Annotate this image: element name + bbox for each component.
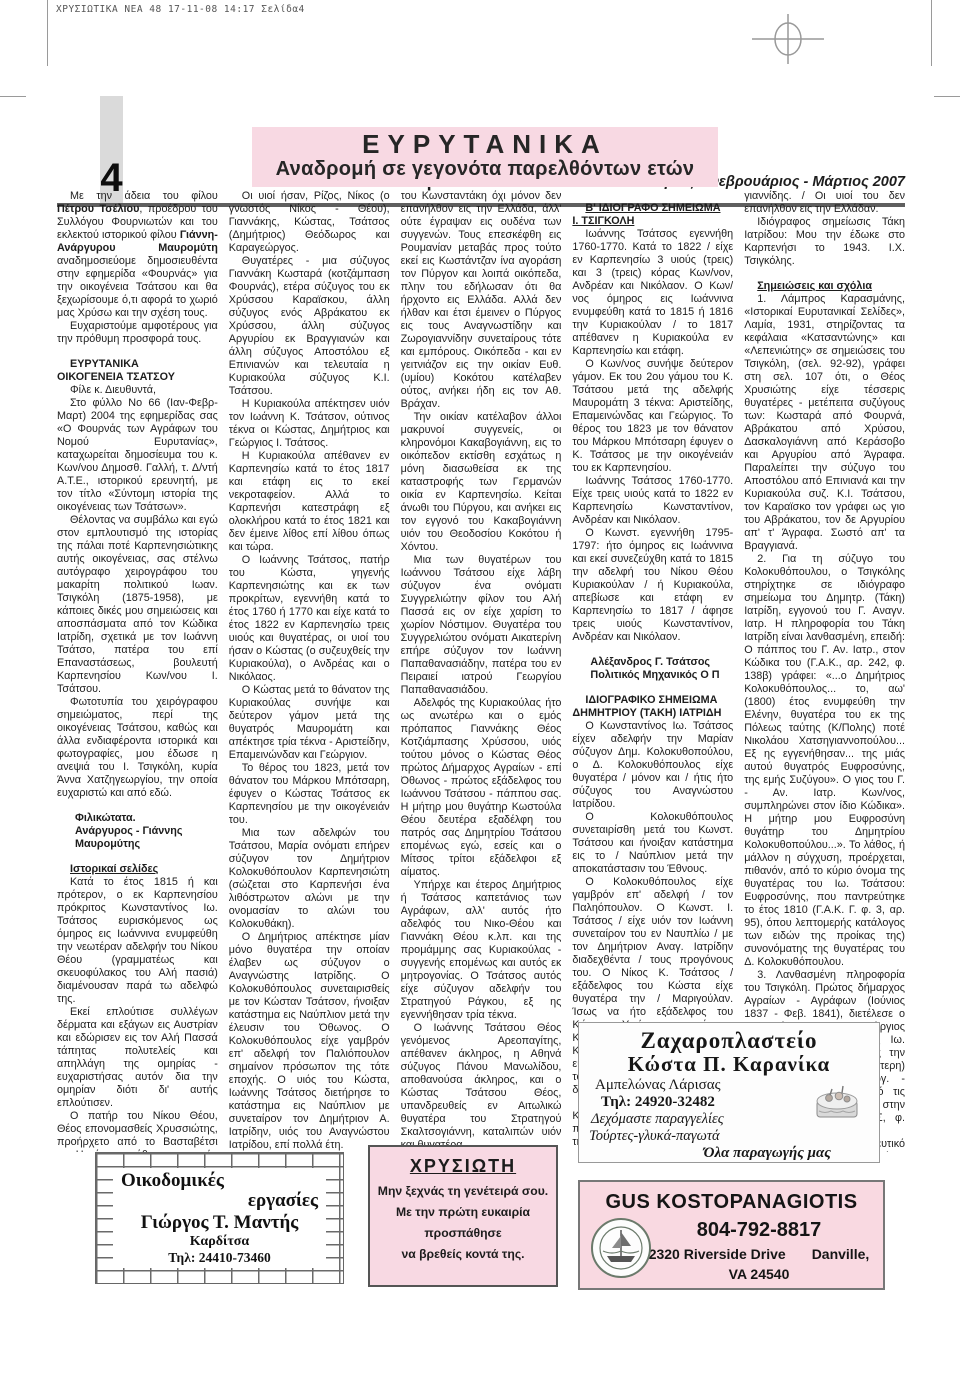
paragraph: Ιωάννης Τσάτσος εγεννήθη 1760-1770. Κατά… (572, 228, 733, 358)
paragraph: Οι υιοί ήσαν, Ρίζος, Νίκος (ο γνωστός Νί… (229, 190, 390, 255)
section-heading: ΕΥΡΥΤΑΝΙΚΑΟΙΚΟΓΕΝΕΙΑ ΤΣΑΤΣΟΥ (57, 358, 218, 384)
paragraph: 2. Για τη σύζυγο του Κολοκυθόπουλου, ο Τ… (744, 553, 905, 969)
paragraph: Ο Ιωάννης Τσάτσου Θέος γενόμενος Αρεοπαγ… (401, 1022, 562, 1152)
paragraph: Το θέρος του 1823, μετά τον θάνατον του … (229, 762, 390, 827)
paragraph: Ο Ιωάννης Τσάτσος, πατήρ του Κώστα, γηγε… (229, 554, 390, 684)
paragraph: Ο Δημήτριος απέκτησε μίαν μόνο θυγατέρα … (229, 931, 390, 1152)
article-column-2: Οι υιοί ήσαν, Ρίζος, Νίκος (ο γνωστός Νί… (229, 190, 390, 1152)
paragraph: Η Κυριακούλα απέθανεν εν Καρπενησίω κατά… (229, 450, 390, 554)
paragraph: 1. Λάμπρος Καρασμάνης, «Ιστορικαί Ευρυτα… (744, 293, 905, 553)
crop-mark (934, 96, 960, 97)
paragraph: Θυγατέρες - μια σύζυγος Γιαννάκη Κωσταρά… (229, 255, 390, 398)
paragraph: Φωτοτυπία του χειρόγραφου σημειώματος, π… (57, 696, 218, 800)
section-subtitle: Αναδρομή σε γεγονότα παρελθόντων ετών (252, 158, 718, 181)
ad-line: Οικοδομικές (121, 1170, 318, 1192)
paragraph: του Κωνσταντάκη όχι μόνον δεν επανήλθον … (401, 190, 562, 411)
paragraph: Ευχαριστούμε αμφοτέρους για την πρόθυμη … (57, 320, 218, 346)
paragraph: Ο Κολοκυθόπουλος συνεταιρίσθη μετά του Κ… (572, 811, 733, 876)
ad-line: Όλα παραγωγής μας (589, 1145, 869, 1162)
notice-line: Μην ξεχνάς τη γενέτειρά σου. (370, 1184, 556, 1198)
ad-line: εργασίες (121, 1190, 318, 1212)
paragraph: Ιωάννης Τσάτσος 1760-1770. Είχε τρεις υι… (572, 475, 733, 527)
paragraph: Στο φύλλο Νο 66 (Ιαν-Φεβρ-Μαρτ) 2004 της… (57, 397, 218, 514)
section-heading: ΙΔΙΟΓΡΑΦΙΚΟ ΣΗΜΕΙΩΜΑΔΗΜΗΤΡΙΟΥ (ΤΑΚΗ) ΙΑΤ… (572, 694, 733, 720)
paragraph: Φίλε κ. Διευθυντά, (57, 384, 218, 397)
paragraph: Την οικίαν κατέλαβον άλλοι μακρυνοί συγγ… (401, 411, 562, 554)
paragraph: Ο Κωνστ. εγεννήθη 1795-1797: ήτο όμηρος … (572, 527, 733, 644)
notice-line: Με την πρώτη ευκαιρία (370, 1205, 556, 1219)
paragraph: Αδελφός της Κυριακούλας ήτο ως ανωτέρω κ… (401, 697, 562, 879)
signature-block: Φιλικώτατα.Ανάργυρος - ΓιάννηςΜαυρομύτης (57, 812, 218, 851)
paragraph: Η Κυριακούλα απέκτησεν υιόν τον Ιωάννη Κ… (229, 398, 390, 450)
notice-line: προσπάθησε (370, 1226, 556, 1240)
ad-line: Τούρτες-γλυκά-παγωτά (589, 1128, 869, 1145)
crop-mark (0, 96, 26, 97)
newspaper-page: ΧΡΥΣΙΩΤΙΚΑ ΝΕΑ 48 17-11-08 14:17 Σελίδα4… (0, 0, 960, 1397)
paragraph: Μια των αδελφών του Τσάτσου, Μαρία ονόμα… (229, 827, 390, 931)
ad-address-street: 2320 Riverside Drive (649, 1246, 786, 1262)
article-columns: Με την άδεια του φίλου Πέτρου Τσέλιου, π… (57, 190, 905, 1152)
signature-block: Αλέξανδρος Γ. ΤσάτσοςΠολιτικός Μηχανικός… (572, 656, 733, 682)
chrysioti-notice-box: ΧΡΥΣΙΩΤΗ Μην ξεχνάς τη γενέτειρά σου. Με… (368, 1145, 558, 1287)
article-column-1: Με την άδεια του φίλου Πέτρου Τσέλιου, π… (57, 190, 218, 1152)
ad-phone: Τηλ: 24410-73460 (121, 1250, 318, 1266)
ad-business-name: Ζαχαροπλαστείο (589, 1028, 869, 1054)
ad-address-city: Danville, (812, 1246, 870, 1262)
paragraph: Ο Κων/νος συνήψε δεύτερον γάμον. Εκ του … (572, 358, 733, 475)
crop-mark (47, 0, 48, 66)
registration-target-icon (750, 10, 826, 68)
crop-mark (931, 0, 932, 66)
article-column-4: Β' ΙΔΙΟΓΡΑΦΟ ΣΗΜΕΙΩΜΑΙ. ΤΣΙΓΚΟΛΗΙωάννης … (572, 190, 733, 1152)
paragraph: Ο Κώστας μετά το θάνατον της Κυριακούλας… (229, 684, 390, 762)
notice-line: να βρεθείς κοντά της. (370, 1247, 556, 1261)
cake-image (805, 1077, 869, 1129)
ship-seal-logo (589, 1216, 653, 1280)
paragraph: Ο Κωνσταντίνος Ιω. Τσάτσος είχεν αδελφήν… (572, 720, 733, 811)
section-banner: ΕΥΡΥΤΑΝΙΚΑ Αναδρομή σε γεγονότα παρελθόν… (252, 127, 718, 187)
ad-line: Γιώργος Τ. Μαντής (121, 1212, 318, 1234)
paragraph: Κατά το έτος 1815 ή και πρότερον, ο εκ Κ… (57, 876, 218, 1006)
patisserie-ad: Ζαχαροπλαστείο Κώστα Π. Καρανίκα Αμπελών… (578, 1022, 880, 1163)
construction-ad: Οικοδομικές εργασίες Γιώργος Τ. Μαντής Κ… (95, 1152, 344, 1284)
paragraph: Με την άδεια του φίλου Πέτρου Τσέλιου, π… (57, 190, 218, 320)
paragraph: Μια των θυγατέρων του Ιωάννου Τσάτσου εί… (401, 554, 562, 697)
paragraph: Ιδιόγραφος σημείωσις Τάκη Ιατρίδου: Μου … (744, 216, 905, 268)
paragraph: Ο πατήρ του Νίκου Θέου, Θέος επονομασθεί… (57, 1110, 218, 1152)
ad-owner-name: Κώστα Π. Καρανίκα (589, 1052, 869, 1077)
section-title: ΕΥΡΥΤΑΝΙΚΑ (252, 127, 718, 158)
gus-ad: GUS KOSTOPANAGIOTIS 804-792-8817 2320 Ri… (578, 1180, 885, 1290)
paragraph: γιαννίδης. / Οι υιοί του δεν επανήλθον ε… (744, 190, 905, 216)
paragraph: Υπήρχε και έτερος Δημήτριος ή Τσάτσος κα… (401, 879, 562, 1022)
paragraph: Εκεί επλούτισε συλλέγων δέρματα και εξάγ… (57, 1006, 218, 1110)
ad-line: Καρδίτσα (121, 1234, 318, 1250)
article-column-5: γιαννίδης. / Οι υιοί του δεν επανήλθον ε… (744, 190, 905, 1152)
paragraph: Θέλοντας να συμβάλω και εγώ στον εμπλουτ… (57, 514, 218, 696)
print-slug: ΧΡΥΣΙΩΤΙΚΑ ΝΕΑ 48 17-11-08 14:17 Σελίδα4 (56, 4, 305, 15)
section-heading: Σημειώσεις και σχόλια (744, 280, 905, 293)
article-column-3: του Κωνσταντάκη όχι μόνον δεν επανήλθον … (401, 190, 562, 1152)
section-heading: Β' ΙΔΙΟΓΡΑΦΟ ΣΗΜΕΙΩΜΑΙ. ΤΣΙΓΚΟΛΗ (572, 202, 733, 228)
section-heading: Ιστορικαί σελίδες (57, 863, 218, 876)
ad-business-name: GUS KOSTOPANAGIOTIS (580, 1191, 883, 1214)
construction-ad-text: Οικοδομικές εργασίες Γιώργος Τ. Μαντής Κ… (113, 1168, 326, 1268)
notice-title: ΧΡΥΣΙΩΤΗ (370, 1156, 556, 1177)
